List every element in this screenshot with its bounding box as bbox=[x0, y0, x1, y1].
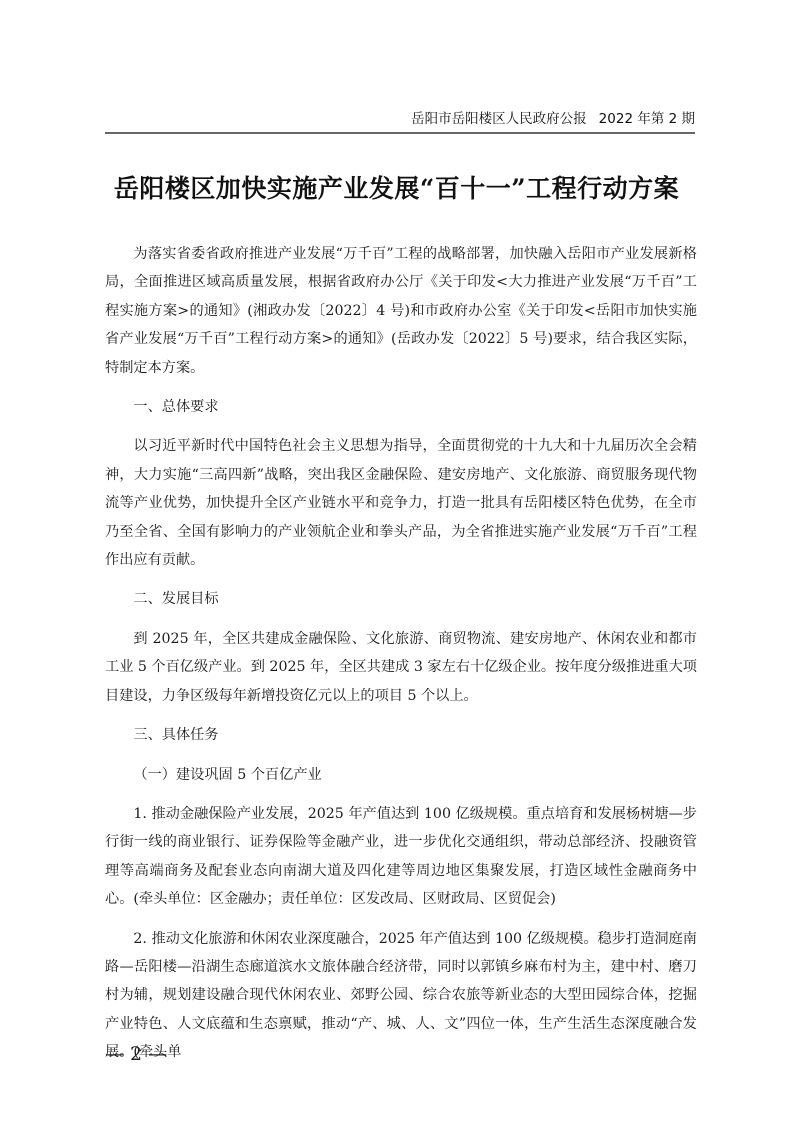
issue-number: 2022 年第 2 期 bbox=[599, 111, 695, 127]
subsection-heading: （一）建设巩固 5 个百亿产业 bbox=[105, 761, 697, 789]
publication-name: 岳阳市岳阳楼区人民政府公报 bbox=[411, 111, 587, 127]
section-heading-specific-tasks: 三、具体任务 bbox=[105, 721, 697, 749]
section-heading-general-requirements: 一、总体要求 bbox=[105, 393, 697, 421]
header-divider bbox=[105, 132, 695, 134]
task-item-1: 1. 推动金融保险产业发展，2025 年产值达到 100 亿级规模。重点培育和发… bbox=[105, 800, 697, 914]
intro-paragraph: 为落实省委省政府推进产业发展“万千百”工程的战略部署，加快融入岳阳市产业发展新格… bbox=[105, 240, 697, 382]
body-paragraph: 以习近平新时代中国特色社会主义思想为指导，全面贯彻党的十九大和十九届历次全会精神… bbox=[105, 432, 697, 574]
body-paragraph: 到 2025 年，全区共建成金融保险、文化旅游、商贸物流、建安房地产、休闲农业和… bbox=[105, 625, 697, 710]
publication-header: 岳阳市岳阳楼区人民政府公报2022 年第 2 期 bbox=[105, 110, 695, 128]
task-item-2: 2. 推动文化旅游和休闲农业深度融合，2025 年产值达到 100 亿级规模。稳… bbox=[105, 925, 697, 1067]
document-title: 岳阳楼区加快实施产业发展“百十一”工程行动方案 bbox=[0, 172, 793, 206]
page-number: — 2 — bbox=[105, 1042, 167, 1066]
section-heading-development-goals: 二、发展目标 bbox=[105, 585, 697, 613]
document-body: 为落实省委省政府推进产业发展“万千百”工程的战略部署，加快融入岳阳市产业发展新格… bbox=[105, 240, 697, 1078]
